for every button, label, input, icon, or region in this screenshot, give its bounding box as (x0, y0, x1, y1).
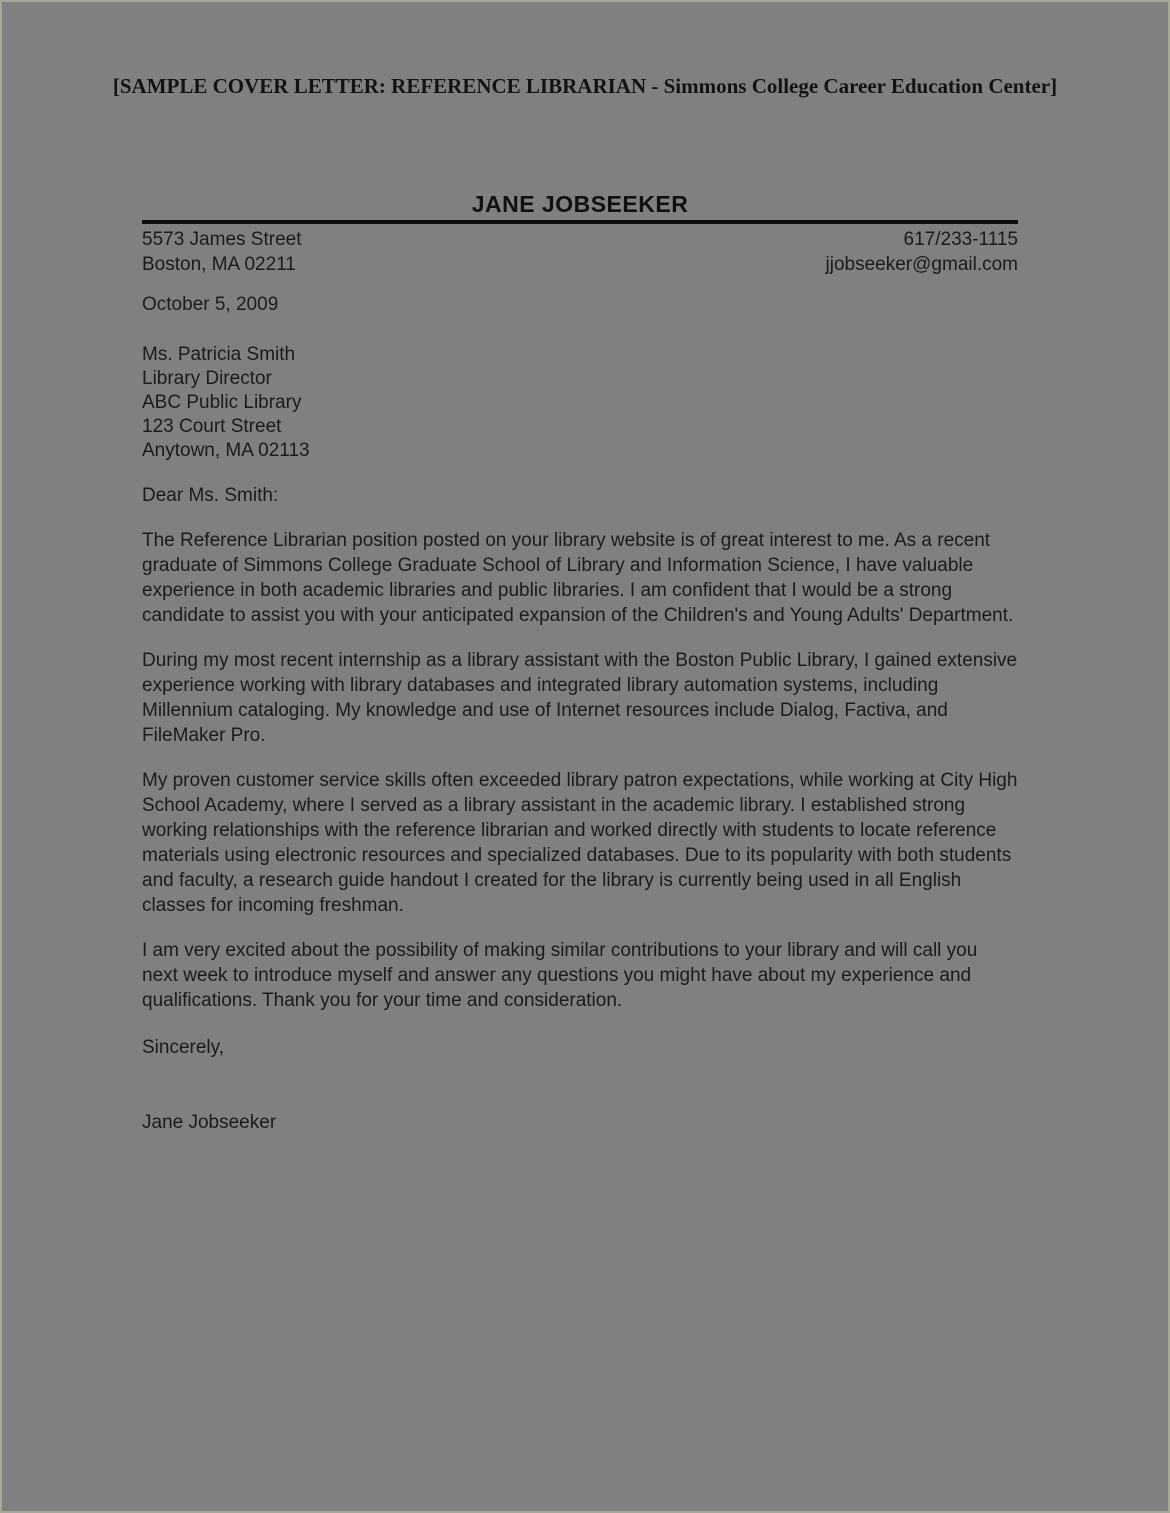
letterhead-name-rule: JANE JOBSEEKER (142, 192, 1018, 224)
paragraph-closing-pitch: I am very excited about the possibility … (142, 938, 1018, 1013)
recipient-block: Ms. Patricia Smith Library Director ABC … (142, 343, 1018, 463)
recipient-name: Ms. Patricia Smith (142, 343, 1018, 367)
letterhead-contact-row-2: Boston, MA 02211 jjobseeker@gmail.com (142, 252, 1018, 277)
recipient-city: Anytown, MA 02113 (142, 439, 1018, 463)
letterhead-phone: 617/233-1115 (904, 227, 1018, 252)
salutation: Dear Ms. Smith: (142, 483, 1018, 508)
paragraph-internship: During my most recent internship as a li… (142, 648, 1018, 748)
paragraph-intro: The Reference Librarian position posted … (142, 528, 1018, 628)
letter-body: JANE JOBSEEKER 5573 James Street 617/233… (142, 192, 1018, 1135)
letterhead-name: JANE JOBSEEKER (472, 191, 689, 217)
paragraph-customer-service: My proven customer service skills often … (142, 768, 1018, 918)
letterhead-street: 5573 James Street (142, 227, 301, 252)
recipient-organization: ABC Public Library (142, 391, 1018, 415)
letter-date: October 5, 2009 (142, 292, 1018, 317)
recipient-street: 123 Court Street (142, 415, 1018, 439)
letterhead-contact-row-1: 5573 James Street 617/233-1115 (142, 227, 1018, 252)
signature-name: Jane Jobseeker (142, 1110, 1018, 1135)
sample-header-note: [SAMPLE COVER LETTER: REFERENCE LIBRARIA… (2, 73, 1168, 99)
document-page: [SAMPLE COVER LETTER: REFERENCE LIBRARIA… (0, 0, 1170, 1513)
letterhead-email: jjobseeker@gmail.com (826, 252, 1018, 277)
closing-salutation: Sincerely, (142, 1035, 1018, 1060)
recipient-title: Library Director (142, 367, 1018, 391)
letterhead-city: Boston, MA 02211 (142, 252, 296, 277)
